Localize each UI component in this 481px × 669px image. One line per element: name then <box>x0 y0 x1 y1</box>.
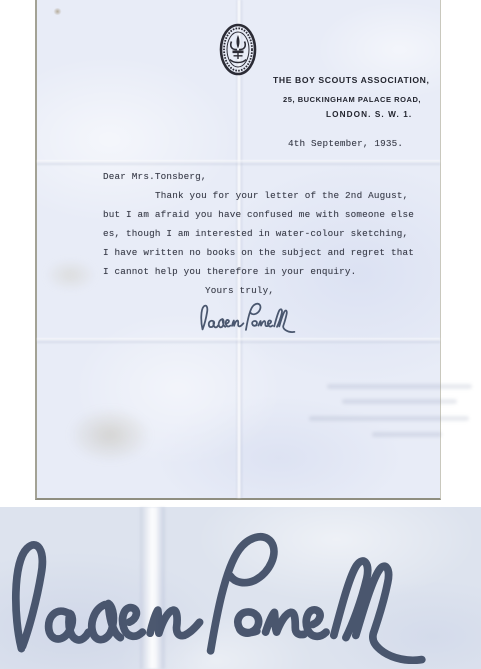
body-line: es, though I am interested in water-colo… <box>103 228 408 239</box>
body-line: I have written no books on the subject a… <box>103 247 414 258</box>
letter-photo: THE BOY SCOUTS ASSOCIATION, 25, BUCKINGH… <box>35 0 441 500</box>
body-line: I cannot help you therefore in your enqu… <box>103 266 356 277</box>
baden-powell-signature <box>199 300 305 333</box>
ink-showthrough <box>372 432 442 437</box>
closing-valediction: Yours truly, <box>205 285 274 296</box>
horizontal-fold-crease-upper <box>37 160 440 166</box>
date-line: 4th September, 1935. <box>288 138 403 149</box>
paper-stain <box>65 405 155 465</box>
ink-showthrough <box>309 416 469 421</box>
letterhead-organization: THE BOY SCOUTS ASSOCIATION, <box>273 75 429 85</box>
paper-stain <box>53 8 62 15</box>
signature-enlarged-crop <box>0 507 481 669</box>
ink-showthrough <box>327 384 472 389</box>
ink-showthrough <box>342 399 457 404</box>
horizontal-fold-crease-lower <box>37 338 440 344</box>
baden-powell-signature-enlarged <box>6 521 468 664</box>
boy-scouts-crest-icon <box>219 23 257 76</box>
letterhead-city: LONDON. S. W. 1. <box>326 110 412 119</box>
letterhead-address: 25, BUCKINGHAM PALACE ROAD, <box>283 95 421 104</box>
scanned-letter-page: THE BOY SCOUTS ASSOCIATION, 25, BUCKINGH… <box>0 0 481 669</box>
body-line: but I am afraid you have confused me wit… <box>103 209 414 220</box>
paper-stain <box>43 258 98 292</box>
salutation: Dear Mrs.Tonsberg, <box>103 171 207 182</box>
body-line: Thank you for your letter of the 2nd Aug… <box>155 190 408 201</box>
